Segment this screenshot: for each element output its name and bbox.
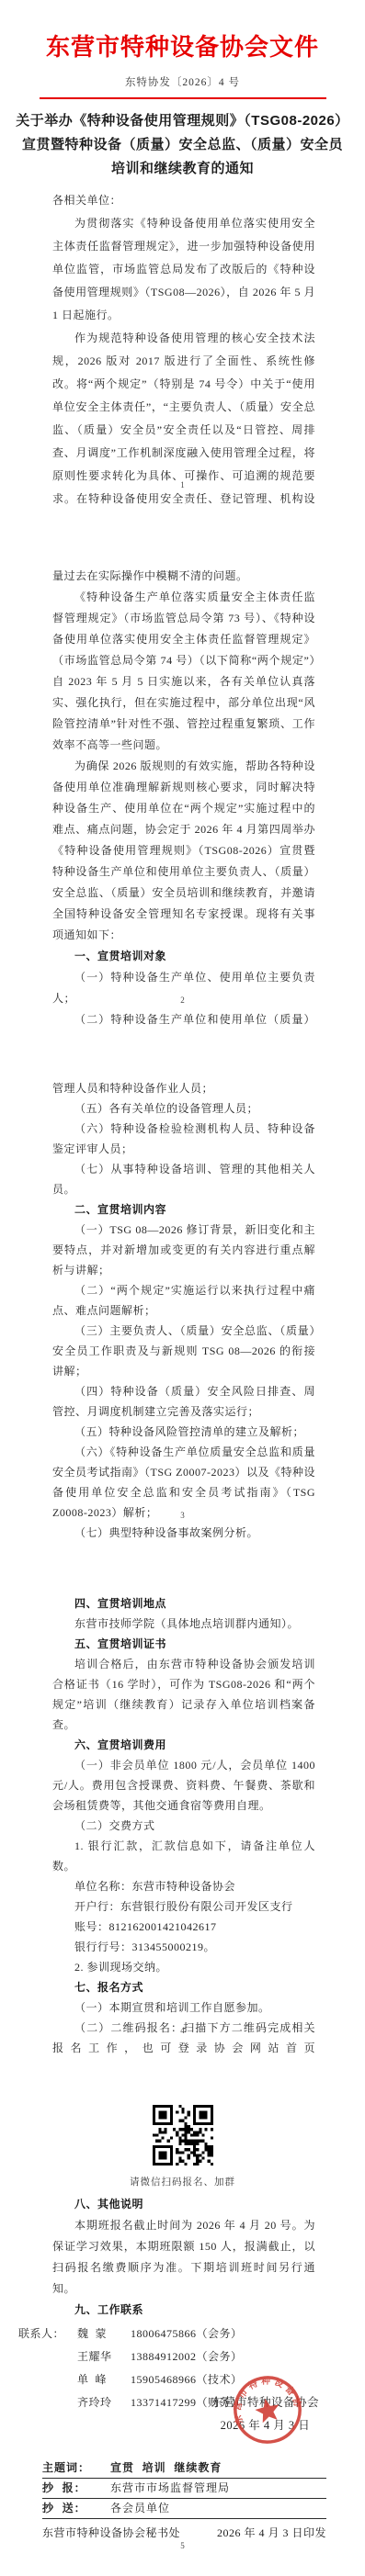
paragraph: 为确保 2026 版规则的有效实施，帮助各特种设备使用单位准确理解新规则核心要求… bbox=[52, 756, 315, 946]
issuer-name: 东营市特种设备协会秘书处 bbox=[42, 2525, 180, 2541]
paragraph: 培训合格后，由东营市特种设备协会颁发培训合格证书（16 学时），可作为 TSG0… bbox=[52, 1654, 315, 1735]
paragraph: 2. 参训现场交纳。 bbox=[52, 1957, 315, 1977]
page-body: 量过去在实际操作中模糊不清的问题。《特种设备生产单位落实质量安全主体责任监督管理… bbox=[0, 515, 365, 1030]
document-title: 关于举办《特种设备使用管理规则》（TSG08-2026） 宣贯暨特种设备（质量）… bbox=[0, 109, 365, 181]
paragraph: （二）“两个规定”实施运行以来执行过程中痛点、难点问题解析； bbox=[52, 1280, 315, 1321]
cc-report-row: 抄 报： 东营市市场监督管理局 bbox=[42, 2479, 326, 2499]
paragraph: 银行行号：313455000219。 bbox=[52, 1937, 315, 1957]
print-date: 2026 年 4 月 3 日印发 bbox=[217, 2525, 326, 2541]
page-4: 四、宣贯培训地点东营市技师学院（具体地点培训群内通知）。五、宣贯培训证书培训合格… bbox=[0, 1546, 365, 2061]
document-title-line: 培训和继续教育的通知 bbox=[0, 157, 365, 181]
subject-row: 主题词： 宣贯 培训 继续教育 bbox=[42, 2458, 326, 2479]
paragraph: 1. 银行汇款，汇款信息如下，请备注单位人数。 bbox=[52, 1836, 315, 1876]
paragraph: 《特种设备生产单位落实质量安全主体责任监督管理规定》（市场监管总局令第 73 号… bbox=[52, 587, 315, 756]
document-footer: 主题词： 宣贯 培训 继续教育 抄 报： 东营市市场监督管理局 抄 送： 各会员… bbox=[42, 2458, 326, 2541]
contact-row: 王耀华 13884912002（会务） bbox=[18, 2345, 315, 2368]
paragraph: 本期班报名截止时间为 2026 年 4 月 20 号。为保证学习效果，本期班限额… bbox=[52, 2215, 315, 2300]
cc-send-value: 各会员单位 bbox=[110, 2501, 326, 2515]
paragraph: 量过去在实际操作中模糊不清的问题。 bbox=[52, 566, 315, 587]
paragraph: 开户行：东营银行股份有限公司开发区支行 bbox=[52, 1896, 315, 1917]
page-2: 量过去在实际操作中模糊不清的问题。《特种设备生产单位落实质量安全主体责任监督管理… bbox=[0, 515, 365, 1030]
paragraph: （一）本期宣贯和培训工作自愿参加。 bbox=[52, 1997, 315, 2018]
section-heading: 九、工作联系 bbox=[52, 2300, 315, 2321]
paragraph: 东营市技师学院（具体地点培训群内通知）。 bbox=[52, 1614, 315, 1634]
official-document: 东营市特种设备协会文件 东特协发〔2026〕4 号 关于举办《特种设备使用管理规… bbox=[0, 0, 365, 2576]
paragraph: （一）非会员单位 1800 元/人，会员单位 1400 元/人。费用包含授课费、… bbox=[52, 1755, 315, 1816]
page-body: 八、其他说明本期班报名截止时间为 2026 年 4 月 20 号。为保证学习效果… bbox=[0, 2194, 365, 2321]
page-body: 四、宣贯培训地点东营市技师学院（具体地点培训群内通知）。五、宣贯培训证书培训合格… bbox=[0, 1546, 365, 2061]
paragraph: （二）二维码报名：扫描下方二维码完成相关报名工作，也可登录协会网站首页(www.… bbox=[52, 2018, 315, 2061]
cc-send-label: 抄 送： bbox=[42, 2501, 110, 2515]
paragraph: 单位名称：东营市特种设备协会 bbox=[52, 1876, 315, 1896]
document-number: 东特协发〔2026〕4 号 bbox=[0, 74, 365, 89]
qr-wrapper: 请微信扫码报名、加群 bbox=[0, 2105, 365, 2188]
page-number: 2 bbox=[0, 996, 365, 1005]
official-seal: 东营市特种设备协会 bbox=[225, 2368, 311, 2453]
contact-phone: 13884912002（会务） bbox=[131, 2345, 315, 2368]
paragraph: （五）各有关单位的设备管理人员； bbox=[52, 1098, 315, 1119]
paragraph: 各相关单位： bbox=[52, 189, 315, 212]
seal-star-icon bbox=[253, 2396, 281, 2424]
contact-spacer bbox=[18, 2368, 77, 2391]
paragraph: （四）特种设备（质量）安全风险日排查、周管控、月调度机制建立完善及落实运行； bbox=[52, 1381, 315, 1422]
paragraph: （三）主要负责人、（质量）安全总监、（质量）安全员工作职责及与新规则 TSG 0… bbox=[52, 1321, 315, 1381]
paragraph: 管理人员和特种设备作业人员； bbox=[52, 1078, 315, 1098]
subject-value: 宣贯 培训 继续教育 bbox=[110, 2460, 326, 2475]
paragraph: （七）典型特种设备事故案例分析。 bbox=[52, 1523, 315, 1543]
cc-report-value: 东营市市场监督管理局 bbox=[110, 2480, 326, 2495]
section-heading: 四、宣贯培训地点 bbox=[52, 1593, 315, 1614]
document-title-line: 宣贯暨特种设备（质量）安全总监、（质量）安全员 bbox=[0, 133, 365, 157]
red-divider bbox=[40, 97, 326, 99]
issuer-row: 东营市特种设备协会秘书处 2026 年 4 月 3 日印发 bbox=[42, 2519, 326, 2541]
contact-name: 单 峰 bbox=[77, 2368, 131, 2391]
paragraph: （六）特种设备检验检测机构人员、特种设备鉴定评审人员； bbox=[52, 1119, 315, 1159]
subject-label: 主题词： bbox=[42, 2460, 110, 2475]
section-heading: 五、宣贯培训证书 bbox=[52, 1634, 315, 1654]
page-1: 东营市特种设备协会文件 东特协发〔2026〕4 号 关于举办《特种设备使用管理规… bbox=[0, 0, 365, 515]
paragraph: （七）从事特种设备培训、管理的其他相关人员。 bbox=[52, 1159, 315, 1199]
contact-spacer bbox=[18, 2391, 77, 2414]
paragraph: 账号：812162001421042617 bbox=[52, 1917, 315, 1937]
contact-spacer bbox=[18, 2345, 77, 2368]
paragraph: （五）特种设备风险管控清单的建立及解析； bbox=[52, 1422, 315, 1442]
section-heading: 二、宣贯培训内容 bbox=[52, 1199, 315, 1220]
contact-row: 联系人： 魏 蒙 18006475866（会务） bbox=[18, 2323, 315, 2345]
section-heading: 八、其他说明 bbox=[52, 2194, 315, 2215]
document-title-line: 关于举办《特种设备使用管理规则》（TSG08-2026） bbox=[0, 109, 365, 133]
page-number: 5 bbox=[0, 2541, 365, 2550]
page-3: 管理人员和特种设备作业人员；（五）各有关单位的设备管理人员；（六）特种设备检验检… bbox=[0, 1030, 365, 1546]
paragraph: （二）交费方式 bbox=[52, 1816, 315, 1836]
page-number: 4 bbox=[0, 2026, 365, 2035]
contact-phone: 18006475866（会务） bbox=[131, 2323, 315, 2345]
document-org-title: 东营市特种设备协会文件 bbox=[0, 31, 365, 62]
page-number: 1 bbox=[0, 480, 365, 489]
page-body: 各相关单位：为贯彻落实《特种设备使用单位落实使用安全主体责任监督管理规定》，进一… bbox=[0, 189, 365, 515]
cc-send-row: 抄 送： 各会员单位 bbox=[42, 2499, 326, 2519]
contact-label: 联系人： bbox=[18, 2323, 77, 2345]
section-heading: 一、宣贯培训对象 bbox=[52, 946, 315, 967]
paragraph: （一）TSG 08—2026 修订背景，新旧变化和主要特点，并对新增加或变更的有… bbox=[52, 1220, 315, 1280]
section-heading: 六、宣贯培训费用 bbox=[52, 1735, 315, 1755]
registration-qr-code bbox=[153, 2105, 213, 2165]
paragraph: （二）特种设备生产单位和使用单位（质量）安全总监、（质量）安全员； bbox=[52, 1009, 315, 1030]
contact-name: 魏 蒙 bbox=[77, 2323, 131, 2345]
contact-name: 齐玲玲 bbox=[77, 2391, 131, 2414]
contact-name: 王耀华 bbox=[77, 2345, 131, 2368]
page-5: 请微信扫码报名、加群 八、其他说明本期班报名截止时间为 2026 年 4 月 2… bbox=[0, 2061, 365, 2576]
section-heading: 七、报名方式 bbox=[52, 1977, 315, 1997]
paragraph: 为贯彻落实《特种设备使用单位落实使用安全主体责任监督管理规定》，进一步加强特种设… bbox=[52, 212, 315, 327]
page-body: 管理人员和特种设备作业人员；（五）各有关单位的设备管理人员；（六）特种设备检验检… bbox=[0, 1030, 365, 1546]
qr-caption: 请微信扫码报名、加群 bbox=[0, 2175, 365, 2188]
cc-report-label: 抄 报： bbox=[42, 2480, 110, 2495]
page-number: 3 bbox=[0, 1511, 365, 1520]
